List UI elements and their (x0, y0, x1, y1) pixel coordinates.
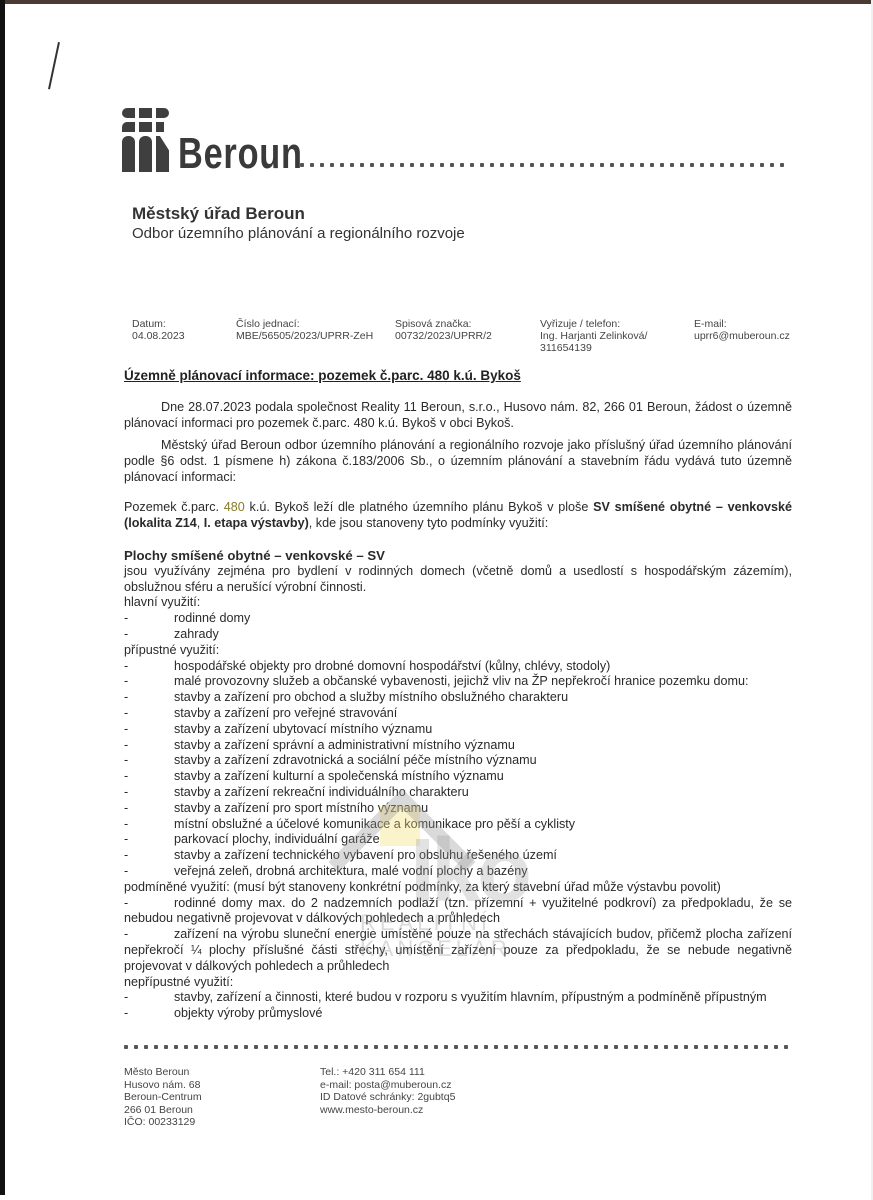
conditional-use-item: -rodinné domy max. do 2 nadzemních podla… (124, 896, 792, 928)
meta-value: MBE/56505/2023/UPRR-ZeH (236, 330, 373, 342)
meta-reference-number: Číslo jednací: MBE/56505/2023/UPRR-ZeH (236, 318, 373, 342)
permitted-use-item: -stavby a zařízení pro obchod a služby m… (124, 690, 792, 706)
meta-file-mark: Spisová značka: 00732/2023/UPRR/2 (395, 318, 492, 342)
org-title: Městský úřad Beroun (132, 204, 305, 224)
meta-email: E-mail: uprr6@muberoun.cz (694, 318, 790, 342)
permitted-use-item: -stavby a zařízení kulturní a společensk… (124, 769, 792, 785)
footer-website: www.mesto-beroun.cz (320, 1104, 455, 1117)
permitted-use-item: -stavby a zařízení ubytovací místního vý… (124, 722, 792, 738)
forbidden-use-label: nepřípustné využití: (124, 975, 792, 991)
pen-mark (48, 42, 60, 89)
list-dash: - (124, 769, 174, 785)
permitted-use-item: -hospodářské objekty pro drobné domovní … (124, 659, 792, 675)
meta-label: Datum: (132, 318, 185, 330)
list-item-text: hospodářské objekty pro drobné domovní h… (174, 659, 792, 675)
list-dash: - (124, 753, 174, 769)
footer-address: Město Beroun Husovo nám. 68 Beroun-Centr… (124, 1066, 202, 1129)
list-dash: - (124, 817, 174, 833)
meta-value: uprr6@muberoun.cz (694, 330, 790, 342)
list-dash: - (124, 627, 174, 643)
meta-value: Ing. Harjanti Zelinková/ (540, 330, 647, 342)
list-item-text: zařízení na výrobu sluneční energie umís… (124, 927, 792, 973)
permitted-use-item: -stavby a zařízení technického vybavení … (124, 848, 792, 864)
section-conditions: Plochy smíšené obytné – venkovské – SV j… (124, 548, 792, 1022)
forbidden-use-item: -objekty výroby průmyslové (124, 1006, 792, 1022)
meta-handler: Vyřizuje / telefon: Ing. Harjanti Zelink… (540, 318, 647, 354)
conditional-use-item: -zařízení na výrobu sluneční energie umí… (124, 927, 792, 974)
footer-email: e-mail: posta@muberoun.cz (320, 1079, 455, 1092)
list-item-text: malé provozovny služeb a občanské vybave… (174, 674, 792, 690)
list-dash: - (124, 1006, 174, 1022)
list-dash: - (124, 690, 174, 706)
main-use-list: -rodinné domy-zahrady (124, 611, 792, 643)
permitted-use-item: -stavby a zařízení pro veřejné stravován… (124, 706, 792, 722)
list-item-text: zahrady (174, 627, 792, 643)
footer-dotted-rule (124, 1045, 794, 1051)
list-dash: - (124, 659, 174, 675)
list-dash: - (124, 785, 174, 801)
list-dash: - (124, 722, 174, 738)
logo-text: Beroun (178, 132, 303, 176)
list-item-text: rodinné domy (174, 611, 792, 627)
header-dotted-rule (300, 163, 790, 169)
logo-mark-icon (122, 108, 172, 172)
list-item-text: místní obslužné a účelové komunikace a k… (174, 817, 792, 833)
scan-edge-left (0, 0, 5, 1195)
meta-label: E-mail: (694, 318, 790, 330)
main-use-item: -rodinné domy (124, 611, 792, 627)
paragraph-request: Dne 28.07.2023 podala společnost Reality… (124, 400, 792, 432)
permitted-use-item: -místní obslužné a účelové komunikace a … (124, 817, 792, 833)
list-dash: - (124, 674, 174, 690)
conditional-use-label: podmíněné využití: (musí být stanoveny k… (124, 880, 792, 896)
list-item-text: stavby a zařízení pro sport místního výz… (174, 801, 792, 817)
meta-value: 00732/2023/UPRR/2 (395, 330, 492, 342)
main-use-label: hlavní využití: (124, 595, 792, 611)
list-dash: - (124, 832, 174, 848)
list-item-text: rodinné domy max. do 2 nadzemních podlaž… (124, 896, 792, 926)
list-item-text: stavby a zařízení pro obchod a služby mí… (174, 690, 792, 706)
list-item-text: stavby a zařízení ubytovací místního výz… (174, 722, 792, 738)
main-use-item: -zahrady (124, 627, 792, 643)
document-subject: Územně plánovací informace: pozemek č.pa… (124, 368, 521, 383)
permitted-use-item: -stavby a zařízení zdravotnická a sociál… (124, 753, 792, 769)
list-item-text: stavby a zařízení technického vybavení p… (174, 848, 792, 864)
scan-edge-top (0, 0, 873, 4)
conditional-use-list: -rodinné domy max. do 2 nadzemních podla… (124, 896, 792, 975)
list-item-text: objekty výroby průmyslové (174, 1006, 322, 1020)
meta-value: 04.08.2023 (132, 330, 185, 342)
org-subtitle: Odbor územního plánování a regionálního … (132, 224, 472, 243)
section-intro: jsou využívány zejména pro bydlení v rod… (124, 564, 792, 596)
list-item-text: stavby a zařízení pro veřejné stravování (174, 706, 792, 722)
meta-value-phone: 311654139 (540, 342, 647, 354)
section-title: Plochy smíšené obytné – venkovské – SV (124, 548, 792, 564)
list-dash: - (124, 927, 174, 943)
list-dash: - (124, 706, 174, 722)
permitted-use-item: -parkovací plochy, individuální garáže (124, 832, 792, 848)
meta-label: Vyřizuje / telefon: (540, 318, 647, 330)
paragraph-parcel: Pozemek č.parc. 480 k.ú. Bykoš leží dle … (124, 500, 792, 532)
permitted-use-item: -stavby a zařízení rekreační individuáln… (124, 785, 792, 801)
list-dash: - (124, 738, 174, 754)
footer-databox: ID Datové schránky: 2gubtq5 (320, 1091, 455, 1104)
list-dash: - (124, 864, 174, 880)
permitted-use-item: -stavby a zařízení správní a administrat… (124, 738, 792, 754)
list-dash: - (124, 896, 174, 912)
paragraph-authority: Městský úřad Beroun odbor územního pláno… (124, 438, 792, 485)
list-item-text: stavby a zařízení kulturní a společenská… (174, 769, 792, 785)
list-dash: - (124, 801, 174, 817)
permitted-use-list: -hospodářské objekty pro drobné domovní … (124, 659, 792, 880)
list-dash: - (124, 848, 174, 864)
parcel-number: 480 (224, 500, 245, 514)
footer-phone: Tel.: +420 311 654 111 (320, 1066, 455, 1079)
footer-contacts: Tel.: +420 311 654 111 e-mail: posta@mub… (320, 1066, 455, 1116)
list-item-text: stavby a zařízení rekreační individuální… (174, 785, 792, 801)
list-item-text: stavby a zařízení správní a administrati… (174, 738, 792, 754)
meta-label: Spisová značka: (395, 318, 492, 330)
list-item-text: stavby, zařízení a činnosti, které budou… (174, 990, 767, 1004)
list-item-text: stavby a zařízení zdravotnická a sociáln… (174, 753, 792, 769)
permitted-use-label: přípustné využití: (124, 643, 792, 659)
forbidden-use-item: -stavby, zařízení a činnosti, které budo… (124, 990, 792, 1006)
list-dash: - (124, 611, 174, 627)
forbidden-use-list: -stavby, zařízení a činnosti, které budo… (124, 990, 792, 1022)
permitted-use-item: -malé provozovny služeb a občanské vybav… (124, 674, 792, 690)
list-item-text: veřejná zeleň, drobná architektura, malé… (174, 864, 792, 880)
meta-date: Datum: 04.08.2023 (132, 318, 185, 342)
meta-label: Číslo jednací: (236, 318, 373, 330)
permitted-use-item: -veřejná zeleň, drobná architektura, mal… (124, 864, 792, 880)
permitted-use-item: -stavby a zařízení pro sport místního vý… (124, 801, 792, 817)
list-item-text: parkovací plochy, individuální garáže (174, 832, 792, 848)
list-dash: - (124, 990, 174, 1006)
